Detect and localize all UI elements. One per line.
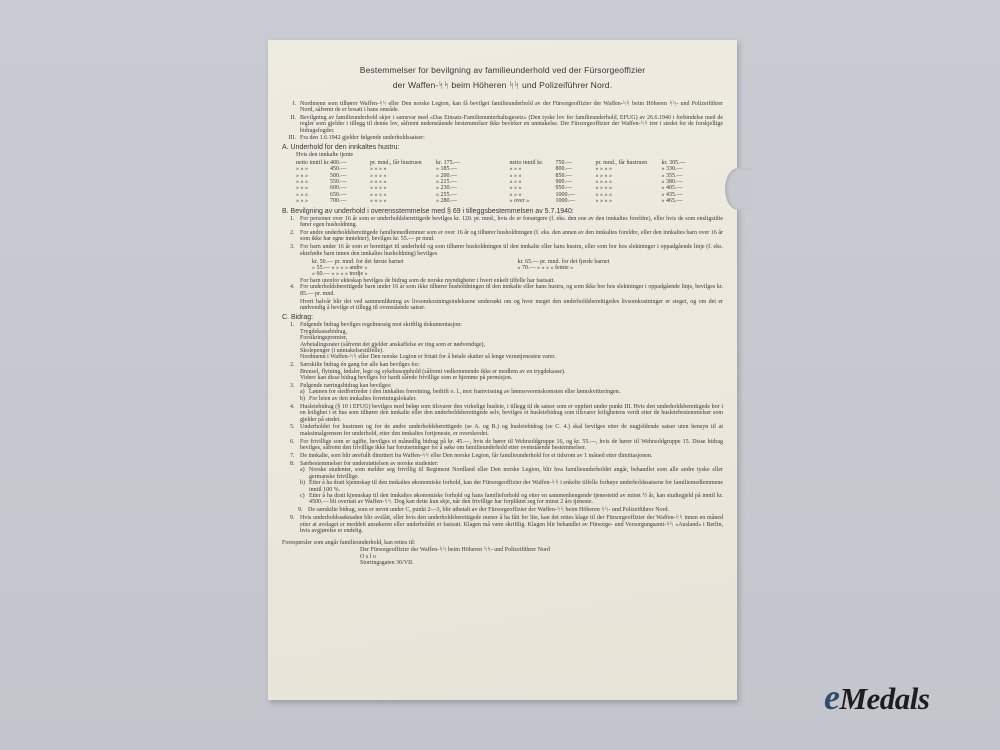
rates-left-column: netto inntil kr.400.—pr. mnd., får hustr… — [296, 160, 510, 205]
b-item: 2.For andre underholdsberettigede famili… — [282, 230, 723, 243]
c-item-1: 1. Følgende bidrag bevilges regelmessig … — [282, 322, 723, 360]
child-rates-right: kr. 65.— pr. mnd. for det fjerde barnet»… — [518, 259, 724, 278]
section-a-intro: Hvis den innkalte tjente — [282, 152, 723, 158]
roman-item: I.Nordmenn som tilhører Waffen-ᛋᛋ eller … — [282, 101, 723, 114]
c-item-3: 3. Følgende næringsbidrag kan bevilges: … — [282, 383, 723, 402]
document-body: I.Nordmenn som tilhører Waffen-ᛋᛋ eller … — [282, 101, 723, 567]
c1-line: Nordmenn i Waffen-ᛋᛋ eller Den norske Le… — [300, 354, 723, 360]
section-c-items: 4.Husleiebidrag (§ 10 i EFUG) bevilges m… — [282, 404, 723, 460]
sub-item: a)Norske studenter, som melder seg frivi… — [300, 467, 723, 480]
b-item: 3.For barn under 16 år som er berettiget… — [282, 244, 723, 257]
roman-item: III.Fra den 1.6.1942 gjelder følgende un… — [282, 135, 723, 141]
title-line-2: der Waffen-ᛋᛋ beim Höheren ᛋᛋ und Polize… — [282, 78, 723, 93]
c-item-8: 8. Særbestemmelser for understøttelsen a… — [282, 461, 723, 506]
child-rates-left: kr. 50.— pr. mnd. for det første barnet»… — [312, 259, 518, 278]
sub-item: b)Etter å ha dratt kjennskap til den inn… — [300, 480, 723, 493]
section-b-heading: B. Bevilgning av underhold i overensstem… — [282, 207, 723, 216]
rate-row: » over »1000.—» » » »» 465.— — [510, 198, 724, 204]
b4-note: Hvert halvår blir det ved sammenlikning … — [282, 299, 723, 312]
sub-item: c)Etter å ha dratt kjennskap til den inn… — [300, 493, 723, 506]
c2-line: Videre kan disse bidrag bevilges for har… — [300, 375, 723, 381]
b-item-4: 4. For underholdsberettigede barn under … — [282, 284, 723, 297]
child-rates: kr. 50.— pr. mnd. for det første barnet»… — [282, 259, 723, 278]
rates-table: netto inntil kr.400.—pr. mnd., får hustr… — [282, 160, 723, 205]
c-item: 7.De innkalte, som blir ærefullt dimitte… — [282, 453, 723, 459]
child-rate: » 70.— » » » » femte » — [518, 265, 724, 271]
title-line-1: Bestemmelser for bevilgning av familieun… — [282, 63, 723, 78]
logo-prefix: e — [824, 677, 839, 717]
footer-address: Der Fürsorgeoffizier der Waffen-ᛋᛋ beim … — [282, 547, 723, 567]
document-page: Bestemmelser for bevilgning av familieun… — [268, 40, 737, 700]
paper-notch — [725, 168, 751, 210]
emedals-logo: eMedals — [824, 680, 929, 716]
roman-item: II.Bevilgning av familieunderhold skjer … — [282, 115, 723, 134]
rate-row: » » »700.—» » » »» 280.— — [296, 198, 510, 204]
rates-right-column: netto inntil kr.750.—pr. mnd., får hustr… — [510, 160, 724, 205]
logo-text: Medals — [839, 681, 929, 716]
c-item-2: 2. Særskilte bidrag én gang for alle kan… — [282, 362, 723, 381]
c-item: 5.Underholdet for hustruen og for de and… — [282, 424, 723, 437]
child-rate: » 60.— » » » » tredje » — [312, 271, 518, 277]
b-item: 1.For personer over 16 år som er underho… — [282, 216, 723, 229]
footer: Forespørsler som angår familieunderhold,… — [282, 540, 723, 566]
c-item-9b: 9. Hvis underholdssøknaden blir avslått,… — [282, 515, 723, 534]
section-b-items: 1.For personer over 16 år som er underho… — [282, 216, 723, 257]
roman-items: I.Nordmenn som tilhører Waffen-ᛋᛋ eller … — [282, 101, 723, 141]
c-item: 6.For frivillige som er ugifte, bevilges… — [282, 439, 723, 452]
c-item-9a: 9. De særskilte bidrag, som er nevnt und… — [282, 507, 723, 513]
c-item: 4.Husleiebidrag (§ 10 i EFUG) bevilges m… — [282, 404, 723, 423]
document-title: Bestemmelser for bevilgning av familieun… — [282, 63, 723, 93]
sub-item: b)For leien av den innkaltes forretnings… — [300, 396, 723, 402]
section-a-heading: A. Underhold for den innkaltes hustru: — [282, 143, 723, 152]
